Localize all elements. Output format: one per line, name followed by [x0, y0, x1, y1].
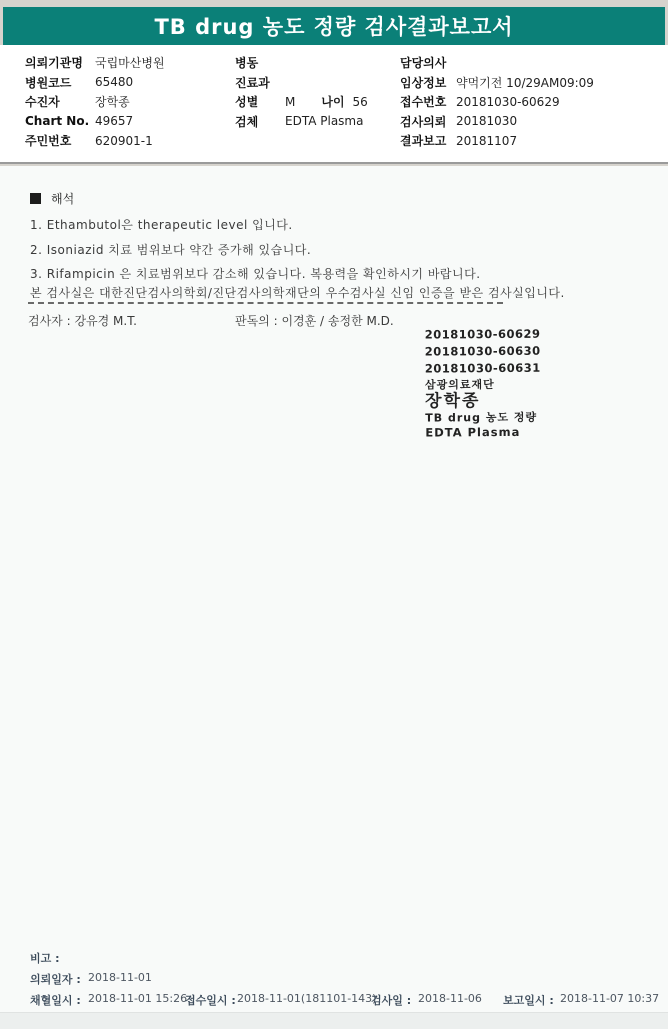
test-day-value: 2018-11-06 — [418, 992, 482, 1005]
age-value: 56 — [353, 95, 368, 109]
order-date-label: 검사의뢰 — [400, 113, 456, 130]
report-title: TB drug 농도 정량 검사결과보고서 — [154, 11, 513, 41]
request-date-value: 2018-11-01 — [88, 971, 152, 984]
specimen-stamp: 20181030-60629 20181030-60630 20181030-6… — [425, 325, 586, 439]
accreditation-note: 본 검사실은 대한진단검사의학회/진단검사의학재단의 우수검사실 신임 인증을 … — [30, 284, 565, 301]
info-row-institution: 의뢰기관명 국립마산병원 — [25, 53, 165, 73]
info-row-clinical-info: 임상정보 약먹기전 10/29AM09:09 — [400, 73, 594, 93]
request-date-label: 의뢰일자 : — [30, 971, 81, 987]
sex-label: 성별 — [235, 93, 285, 110]
info-column-middle: 병동 진료과 성별 M 나이 56 검체 EDTA Plasma — [235, 53, 368, 131]
test-day-label: 검사일 : — [371, 992, 411, 1008]
collection-datetime-value: 2018-11-01 15:26 — [88, 992, 187, 1005]
stamp-specimen-type: EDTA Plasma — [425, 424, 585, 439]
info-row-sex-age: 성별 M 나이 56 — [235, 92, 368, 112]
info-row-resident-id: 주민번호 620901-1 — [25, 131, 165, 151]
info-row-ward: 병동 — [235, 53, 368, 73]
chart-no-value: 49657 — [95, 114, 133, 128]
bottom-gray-bar — [0, 1012, 668, 1029]
specimen-value: EDTA Plasma — [285, 114, 363, 128]
info-row-report-date: 결과보고 20181107 — [400, 131, 594, 151]
stamp-organization: 삼광의료재단 — [425, 377, 585, 391]
patient-value: 장학종 — [95, 93, 130, 110]
info-column-right: 담당의사 임상정보 약먹기전 10/29AM09:09 접수번호 2018103… — [400, 53, 594, 151]
examiner-name: 검사자 : 강유경 M.T. — [28, 312, 137, 329]
stamp-patient-name: 장학종 — [425, 390, 585, 411]
footer-dates-panel: 비고 : 의뢰일자 : 2018-11-01 채혈일시 : 2018-11-01… — [0, 944, 668, 1012]
clinical-info-value: 약먹기전 10/29AM09:09 — [456, 74, 594, 91]
reviewer-names: 판독의 : 이경훈 / 송정한 M.D. — [235, 312, 394, 329]
resident-id-value: 620901-1 — [95, 134, 153, 148]
institution-label: 의뢰기관명 — [25, 54, 95, 71]
hospital-code-label: 병원코드 — [25, 74, 95, 91]
stamp-accession-2: 20181030-60630 — [425, 342, 585, 360]
department-label: 진료과 — [235, 74, 285, 91]
stamp-accession-1: 20181030-60629 — [425, 325, 585, 343]
patient-info-panel: 의뢰기관명 국립마산병원 병원코드 65480 수진자 장학종 Chart No… — [0, 45, 668, 164]
stamp-accession-3: 20181030-60631 — [425, 359, 585, 377]
report-body: 해석 1. Ethambutol은 therapeutic level 입니다.… — [0, 166, 668, 1012]
doctor-label: 담당의사 — [400, 54, 456, 71]
info-row-hospital-code: 병원코드 65480 — [25, 73, 165, 93]
info-row-order-date: 검사의뢰 20181030 — [400, 112, 594, 132]
age-label: 나이 — [321, 93, 344, 110]
info-row-chart-no: Chart No. 49657 — [25, 112, 165, 132]
hospital-code-value: 65480 — [95, 75, 133, 89]
patient-label: 수진자 — [25, 93, 95, 110]
info-row-patient: 수진자 장학종 — [25, 92, 165, 112]
note-label: 비고 : — [30, 950, 59, 966]
receipt-datetime-label: 접수일시 : — [185, 992, 236, 1008]
report-date-value: 20181107 — [456, 134, 517, 148]
interpretation-heading: 해석 — [30, 190, 74, 207]
info-row-doctor: 담당의사 — [400, 53, 594, 73]
interpretation-line-2: 2. Isoniazid 치료 범위보다 약간 증가해 있습니다. — [30, 241, 311, 258]
info-row-department: 진료과 — [235, 73, 368, 93]
info-row-accession-no: 접수번호 20181030-60629 — [400, 92, 594, 112]
interpretation-line-3: 3. Rifampicin 은 치료범위보다 감소해 있습니다. 복용력을 확인… — [30, 265, 481, 282]
info-row-specimen: 검체 EDTA Plasma — [235, 112, 368, 132]
specimen-label: 검체 — [235, 113, 285, 130]
clinical-info-label: 임상정보 — [400, 74, 456, 91]
section-square-icon — [30, 193, 41, 204]
lab-report-page: TB drug 농도 정량 검사결과보고서 의뢰기관명 국립마산병원 병원코드 … — [0, 0, 668, 1029]
stamp-test-name: TB drug 농도 정량 — [425, 410, 585, 425]
order-date-value: 20181030 — [456, 114, 517, 128]
report-datetime-value: 2018-11-07 10:37 — [560, 992, 659, 1005]
collection-datetime-label: 채혈일시 : — [30, 992, 81, 1008]
report-title-banner: TB drug 농도 정량 검사결과보고서 — [3, 7, 665, 45]
report-date-label: 결과보고 — [400, 132, 456, 149]
report-datetime-label: 보고일시 : — [503, 992, 554, 1008]
chart-no-label: Chart No. — [25, 114, 95, 128]
sex-value: M — [285, 95, 295, 109]
resident-id-label: 주민번호 — [25, 132, 95, 149]
receipt-datetime-value: 2018-11-01(181101-143) — [237, 992, 376, 1005]
interpretation-line-1: 1. Ethambutol은 therapeutic level 입니다. — [30, 216, 293, 233]
institution-value: 국립마산병원 — [95, 54, 165, 71]
ward-label: 병동 — [235, 54, 285, 71]
accession-no-label: 접수번호 — [400, 93, 456, 110]
info-column-left: 의뢰기관명 국립마산병원 병원코드 65480 수진자 장학종 Chart No… — [25, 53, 165, 151]
accession-no-value: 20181030-60629 — [456, 95, 560, 109]
dashed-divider — [28, 302, 503, 304]
interpretation-heading-label: 해석 — [51, 190, 74, 207]
